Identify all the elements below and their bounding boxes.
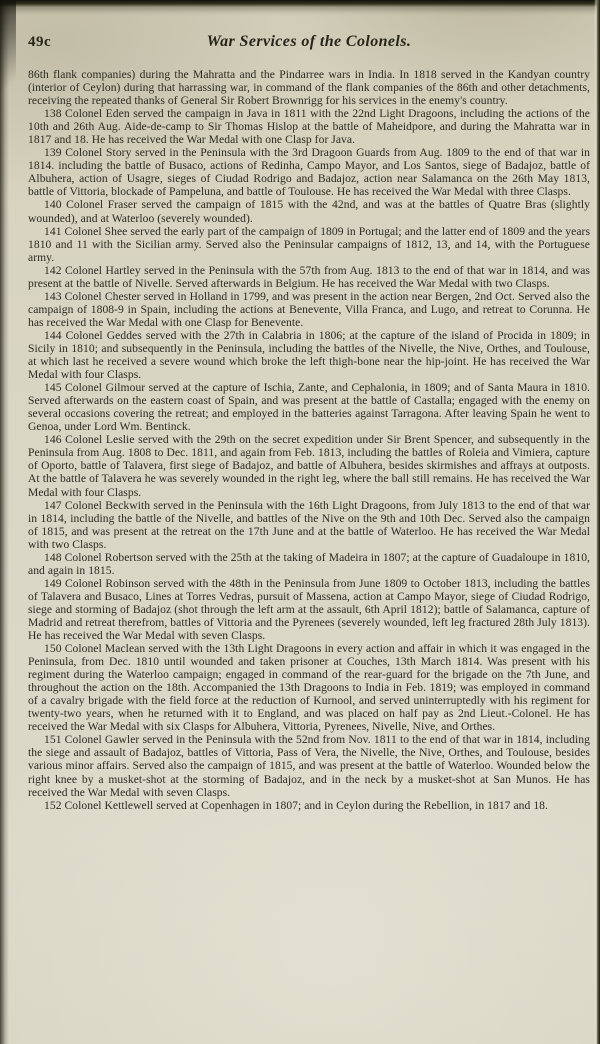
paragraph-149-colonel-robinson: 149 Colonel Robinson served with the 48t…: [28, 577, 590, 642]
scan-edge-corner: [0, 0, 16, 120]
paragraph-147-colonel-beckwith: 147 Colonel Beckwith served in the Penin…: [28, 499, 590, 551]
paragraph-148-colonel-robertson: 148 Colonel Robertson served with the 25…: [28, 551, 590, 577]
page-content: 49c War Services of the Colonels. 86th f…: [0, 0, 600, 1044]
scanned-page: 49c War Services of the Colonels. 86th f…: [0, 0, 600, 1044]
scan-edge-left: [0, 0, 9, 1044]
paragraph-144-colonel-geddes: 144 Colonel Geddes served with the 27th …: [28, 329, 590, 381]
page-title: War Services of the Colonels.: [28, 33, 590, 51]
paragraph-140-colonel-fraser: 140 Colonel Fraser served the campaign o…: [28, 198, 590, 224]
paragraph-139-colonel-story: 139 Colonel Story served in the Peninsul…: [28, 146, 590, 198]
page-number: 49c: [28, 34, 51, 51]
paragraph-141-colonel-shee: 141 Colonel Shee served the early part o…: [28, 225, 590, 264]
paragraph-142-colonel-hartley: 142 Colonel Hartley served in the Penins…: [28, 264, 590, 290]
paragraph-151-colonel-gawler: 151 Colonel Gawler served in the Peninsu…: [28, 733, 590, 798]
paragraph-152-colonel-kettlewell: 152 Colonel Kettlewell served at Copenha…: [28, 799, 590, 812]
page-header: 49c War Services of the Colonels.: [28, 33, 590, 53]
paragraph-150-colonel-maclean: 150 Colonel Maclean served with the 13th…: [28, 642, 590, 733]
paragraph-138-colonel-eden: 138 Colonel Eden served the campaign in …: [28, 107, 590, 146]
paragraph-145-colonel-gilmour: 145 Colonel Gilmour served at the captur…: [28, 381, 590, 433]
scan-edge-right: [594, 0, 600, 1044]
paragraph-146-colonel-leslie: 146 Colonel Leslie served with the 29th …: [28, 433, 590, 498]
scan-edge-top: [0, 0, 600, 7]
text-block: 86th flank companies) during the Mahratt…: [28, 68, 590, 812]
paragraph-86th-continuation: 86th flank companies) during the Mahratt…: [28, 68, 590, 107]
paragraph-143-colonel-chester: 143 Colonel Chester served in Holland in…: [28, 290, 590, 329]
